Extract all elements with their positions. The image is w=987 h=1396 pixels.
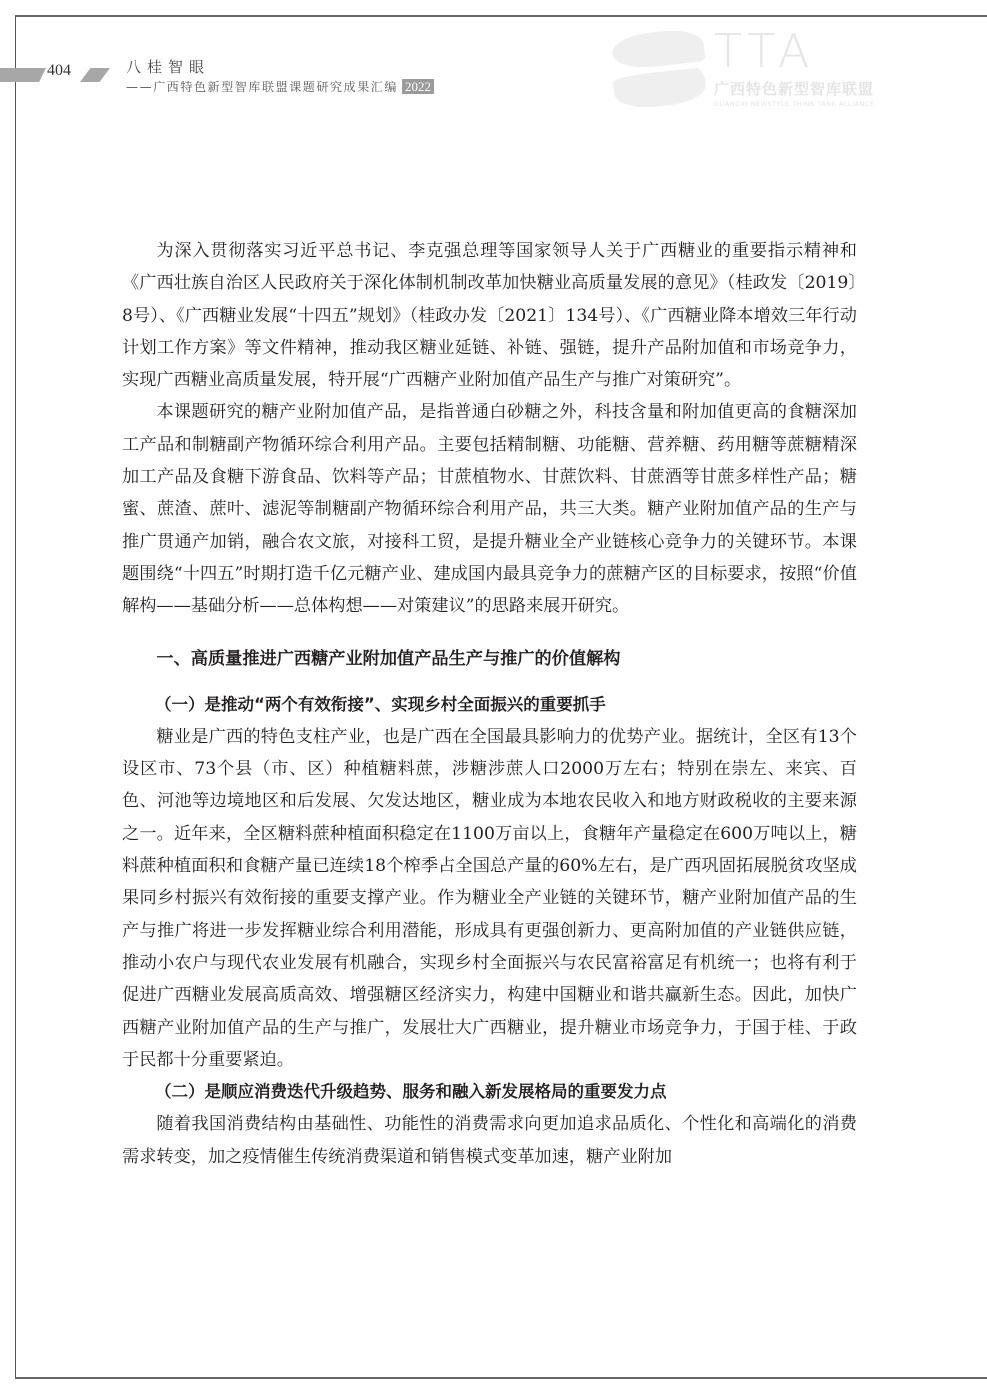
series-subtitle: ——广西特色新型智库联盟课题研究成果汇编2022: [126, 78, 434, 95]
intro-paragraph: 为深入贯彻落实习近平总书记、李克强总理等国家领导人关于广西糖业的重要指示精神和《…: [122, 235, 857, 396]
header-tab-decoration: [0, 68, 46, 82]
series-subtitle-text: ——广西特色新型智库联盟课题研究成果汇编: [126, 80, 398, 94]
year-badge: 2022: [402, 79, 434, 94]
header-slash-decoration: [80, 68, 110, 82]
logo-mark: TTA: [714, 24, 815, 78]
subsection-heading: （一）是推动“两个有效衔接”、实现乡村全面振兴的重要抓手: [122, 689, 857, 721]
subsection-heading: （二）是顺应消费迭代升级趋势、服务和融入新发展格局的重要发力点: [122, 1076, 857, 1108]
logo-name-cn: 广西特色新型智库联盟: [714, 78, 874, 99]
section-heading: 一、高质量推进广西糖产业附加值产品生产与推广的价值解构: [122, 643, 857, 675]
logo-crescent-top-icon: [610, 27, 705, 70]
page-number: 404: [47, 62, 71, 80]
body-content: 为深入贯彻落实习近平总书记、李克强总理等国家领导人关于广西糖业的重要指示精神和《…: [122, 235, 857, 1173]
series-title: 八桂智眼: [126, 56, 210, 77]
logo-crescent-bottom-icon: [612, 67, 707, 110]
intro-paragraph: 本课题研究的糖产业附加值产品，是指普通白砂糖之外，科技含量和附加值更高的食糖深加…: [122, 396, 857, 622]
body-paragraph: 糖业是广西的特色支柱产业，也是广西在全国最具影响力的优势产业。据统计，全区有13…: [122, 721, 857, 1076]
logo-name-en: GUANGXI NEWSTYLE THINK TANK ALLIANCE: [714, 100, 874, 108]
tta-logo-watermark: TTA 广西特色新型智库联盟 GUANGXI NEWSTYLE THINK TA…: [610, 28, 870, 123]
body-paragraph: 随着我国消费结构由基础性、功能性的消费需求向更加追求品质化、个性化和高端化的消费…: [122, 1108, 857, 1173]
